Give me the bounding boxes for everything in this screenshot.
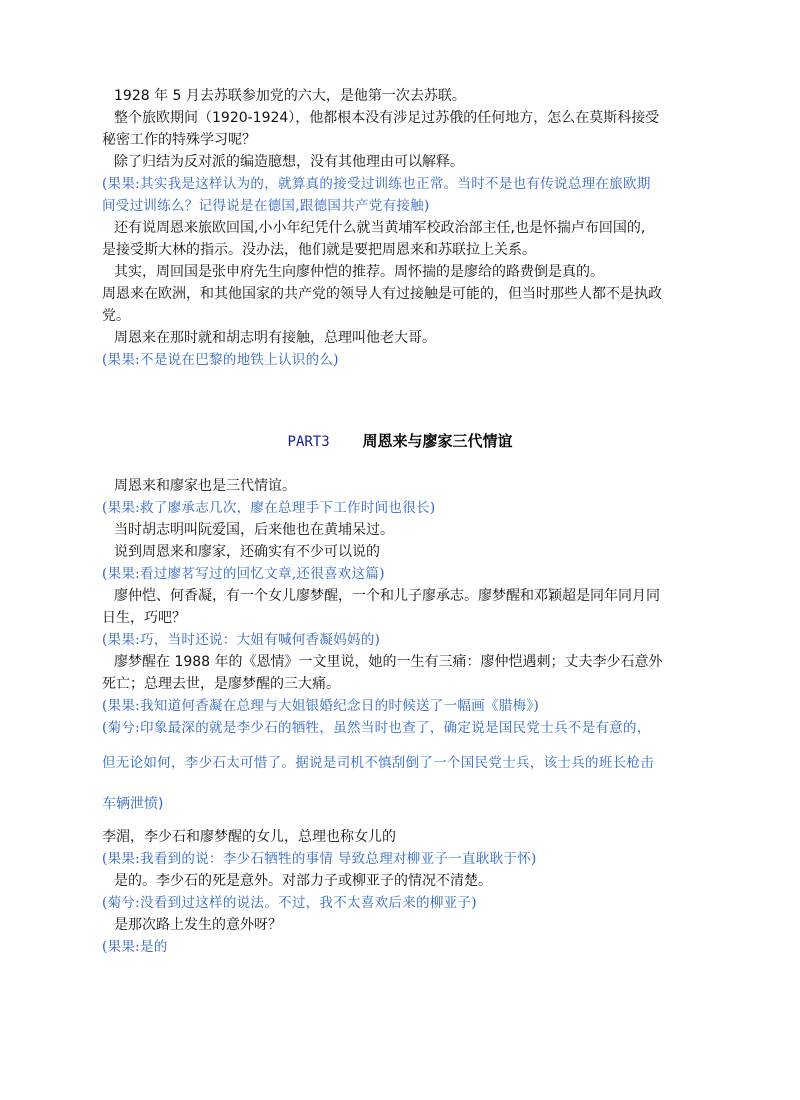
- comment-line: (果果:不是说在巴黎的地铁上认识的么): [102, 349, 702, 371]
- comment-line: (果果:我看到的说：李少石牺牲的事情 导致总理对柳亚子一直耿耿于怀): [102, 848, 702, 870]
- comment-line: 间受过训练么？记得说是在德国,跟德国共产党有接触): [102, 195, 702, 217]
- document-page: 1928 年 5 月去苏联参加党的六大，是他第一次去苏联。 整个旅欧期间（192…: [0, 0, 800, 1100]
- paragraph-line: 廖梦醒在 1988 年的《恩情》一文里说，她的一生有三痛：廖仲恺遇刺；丈夫李少石…: [114, 651, 714, 673]
- paragraph-line: 是那次路上发生的意外呀？: [114, 914, 714, 936]
- paragraph-line: 党。: [102, 305, 702, 327]
- paragraph-line: 周恩来在那时就和胡志明有接触，总理叫他老大哥。: [114, 327, 714, 349]
- comment-line: (果果:巧，当时还说：大姐有喊何香凝妈妈的): [102, 629, 702, 651]
- paragraph-line: 日生，巧吧？: [102, 607, 702, 629]
- paragraph-line: 是的。李少石的死是意外。对部力子或柳亚子的情况不清楚。: [114, 870, 714, 892]
- comment-line: 但无论如何，李少石太可惜了。据说是司机不慎刮倒了一个国民党士兵，该士兵的班长枪击: [102, 752, 702, 774]
- paragraph-line: 1928 年 5 月去苏联参加党的六大，是他第一次去苏联。: [114, 85, 714, 107]
- comment-line: (菊兮:印象最深的就是李少石的牺牲，虽然当时也查了，确定说是国民党士兵不是有意的…: [102, 717, 702, 739]
- paragraph-line: 当时胡志明叫阮爱国，后来他也在黄埔呆过。: [114, 519, 714, 541]
- comment-line: (果果:看过廖茗写过的回忆文章,还很喜欢这篇): [102, 563, 702, 585]
- paragraph-line: 秘密工作的特殊学习呢？: [102, 129, 702, 151]
- comment-line: (果果:是的: [102, 936, 702, 958]
- paragraph-line: 还有说周恩来旅欧回国,小小年纪凭什么就当黄埔军校政治部主任,也是怀揣卢布回国的,: [114, 217, 714, 239]
- paragraph-line: 周恩来和廖家也是三代情谊。: [114, 475, 714, 497]
- comment-line: (菊兮:没看到过这样的说法。不过，我不太喜欢后来的柳亚子): [102, 892, 702, 914]
- comment-line: 车辆泄愤): [102, 793, 702, 815]
- paragraph-line: 死亡；总理去世，是廖梦醒的三大痛。: [102, 673, 702, 695]
- comment-line: (果果:我知道何香凝在总理与大姐银婚纪念日的时候送了一幅画《腊梅》): [102, 695, 702, 717]
- part-heading: PART3 周恩来与廖家三代情谊: [0, 430, 800, 451]
- paragraph-line: 是接受斯大林的指示。没办法，他们就是要把周恩来和苏联拉上关系。: [102, 239, 702, 261]
- part-label: PART3: [288, 434, 330, 450]
- paragraph-line: 整个旅欧期间（1920-1924），他都根本没有涉足过苏俄的任何地方，怎么在莫斯…: [114, 107, 714, 129]
- paragraph-line: 李湄，李少石和廖梦醒的女儿，总理也称女儿的: [102, 826, 702, 848]
- paragraph-line: 廖仲恺、何香凝，有一个女儿廖梦醒，一个和儿子廖承志。廖梦醒和邓颖超是同年同月同: [114, 585, 714, 607]
- comment-line: (果果:其实我是这样认为的，就算真的接受过训练也正常。当时不是也有传说总理在旅欧…: [102, 173, 702, 195]
- part-title: 周恩来与廖家三代情谊: [362, 432, 512, 450]
- comment-line: (果果:救了廖承志几次，廖在总理手下工作时间也很长): [102, 497, 702, 519]
- paragraph-line: 周恩来在欧洲，和其他国家的共产党的领导人有过接触是可能的，但当时那些人都不是执政: [102, 283, 702, 305]
- paragraph-line: 除了归结为反对派的编造臆想，没有其他理由可以解释。: [114, 151, 714, 173]
- paragraph-line: 说到周恩来和廖家，还确实有不少可以说的: [114, 541, 714, 563]
- paragraph-line: 其实，周回国是张申府先生向廖仲恺的推荐。周怀揣的是廖给的路费倒是真的。: [114, 261, 714, 283]
